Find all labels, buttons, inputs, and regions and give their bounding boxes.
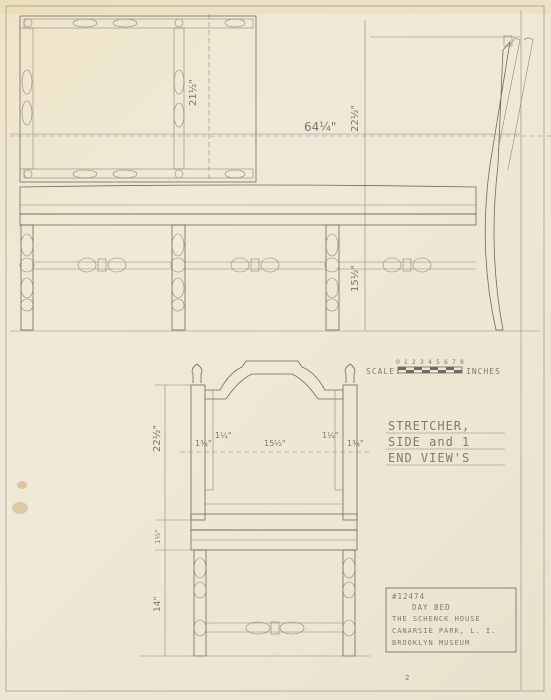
dim-end-rail-left: 1¼" [215, 431, 232, 440]
dim-overall-length: 64¼" [304, 120, 336, 134]
dim-end-post-left: 1¾" [195, 439, 212, 448]
margin-mark: 2 [405, 674, 409, 682]
title-line-3: END VIEW'S [388, 451, 470, 465]
title-line-1: STRETCHER, [388, 419, 470, 433]
dim-side-leg-height: 15½" [349, 265, 361, 292]
scale-tick-3: 3 [420, 359, 424, 366]
dim-end-seat-thickness: 1½" [154, 530, 162, 544]
dim-end-rail-right: 1¼" [322, 431, 339, 440]
scale-tick-1: 1 [404, 359, 408, 366]
end-elevation-view [140, 361, 370, 656]
technical-drawing: 21½" 64¼" 22½" [0, 0, 551, 700]
scale-tick-8: 8 [460, 359, 464, 366]
scale-tick-7: 7 [452, 359, 456, 366]
caption-number: #12474 [392, 592, 425, 601]
scale-tick-6: 6 [444, 359, 448, 366]
dim-end-post-right: 1¾" [347, 439, 364, 448]
dim-end-inner-width: 15½" [264, 439, 286, 448]
scale-bar: SCALE: 0 1 2 3 4 5 6 7 8 INCHES [366, 359, 501, 376]
scale-unit: INCHES [466, 367, 501, 376]
top-plan-view [10, 14, 551, 182]
caption-box: #12474 DAY BED THE SCHENCK HOUSE CANARSI… [386, 588, 516, 652]
dim-back-height: 22½" [349, 105, 361, 132]
drawing-sheet: 21½" 64¼" 22½" [0, 0, 551, 700]
scale-label: SCALE: [366, 367, 401, 376]
caption-object: DAY BED [412, 603, 451, 612]
scale-tick-2: 2 [412, 359, 416, 366]
scale-tick-5: 5 [436, 359, 440, 366]
dim-end-leg-height: 14" [153, 596, 163, 612]
title-line-2: SIDE and 1 [388, 435, 470, 449]
scale-tick-4: 4 [428, 359, 432, 366]
caption-line-3: BROOKLYN MUSEUM [392, 639, 470, 647]
caption-line-1: THE SCHENCK HOUSE [392, 615, 481, 623]
dim-top-plan-width: 21½" [187, 79, 199, 106]
caption-line-2: CANARSIE PARK, L. I. [392, 627, 496, 635]
drawing-title: STRETCHER, SIDE and 1 END VIEW'S [386, 419, 505, 465]
scale-tick-0: 0 [396, 359, 400, 366]
side-elevation-view [10, 185, 540, 331]
dim-end-back-height: 22½" [151, 425, 163, 452]
